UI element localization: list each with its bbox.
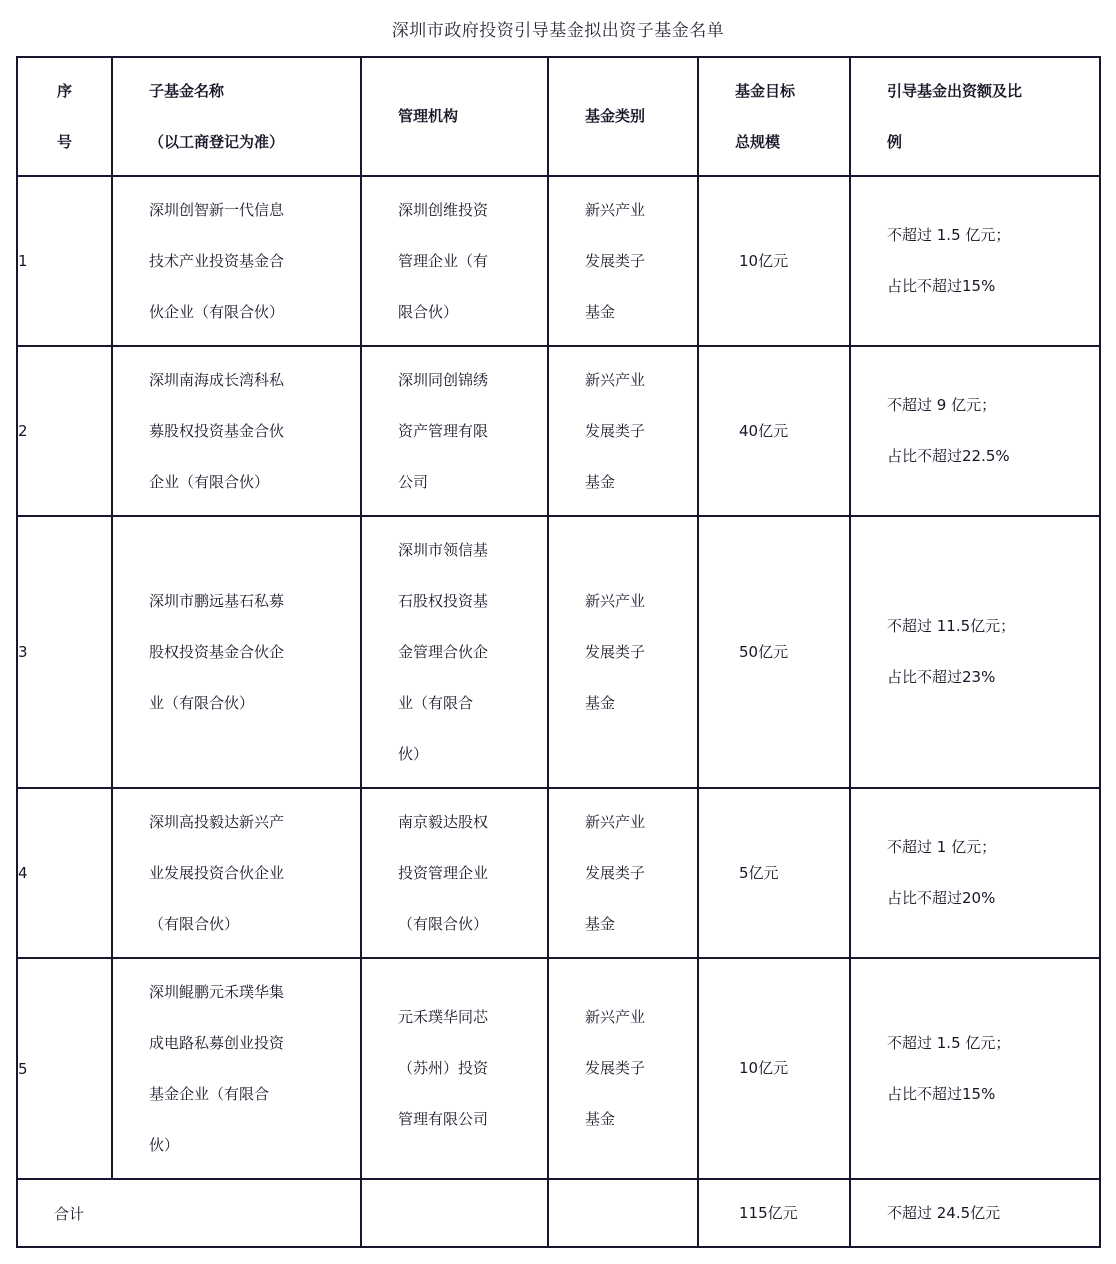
cell-manager: 深圳创维投资 管理企业（有 限合伙）	[361, 176, 548, 346]
cell-guide-contribution: 不超过 1.5 亿元； 占比不超过15%	[850, 176, 1100, 346]
cell-target-size: 5亿元	[698, 788, 850, 958]
cell-seq: 3	[17, 516, 112, 788]
cell-total-category	[548, 1179, 698, 1247]
text-line: （苏州）投资	[398, 1043, 539, 1094]
cell-seq: 1	[17, 176, 112, 346]
cell-fund-name: 深圳市鹏远基石私募 股权投资基金合伙企 业（有限合伙）	[112, 516, 361, 788]
cell-total-target-size: 115亿元	[698, 1179, 850, 1247]
header-text: 基金目标	[735, 66, 849, 117]
text-line: 40亿元	[699, 406, 849, 457]
text-line: 深圳创智新一代信息	[149, 185, 352, 236]
text-line: 占比不超过22.5%	[887, 431, 1091, 482]
text-line: 发展类子	[585, 848, 689, 899]
text-line: 深圳市领信基	[398, 525, 539, 576]
text-line: （有限合伙）	[398, 899, 539, 950]
text-line: 基金	[585, 899, 689, 950]
text-line: 占比不超过23%	[887, 652, 1091, 703]
text-line: 发展类子	[585, 1043, 689, 1094]
cell-total-guide-contribution: 不超过 24.5亿元	[850, 1179, 1100, 1247]
text-line: 合计	[18, 1203, 360, 1224]
text-line: 发展类子	[585, 406, 689, 457]
text-line: 管理有限公司	[398, 1094, 539, 1145]
header-guide-contribution: 引导基金出资额及比 例	[850, 57, 1100, 176]
text-line: 发展类子	[585, 627, 689, 678]
text-line: 企业（有限合伙）	[149, 457, 352, 508]
text-line: （有限合伙）	[149, 899, 352, 950]
cell-guide-contribution: 不超过 1.5 亿元； 占比不超过15%	[850, 958, 1100, 1179]
text-line: 深圳创维投资	[398, 185, 539, 236]
text-line: 占比不超过15%	[887, 261, 1091, 312]
header-text: 号	[18, 117, 111, 168]
header-text: 例	[887, 117, 1099, 168]
header-text: 管理机构	[398, 91, 547, 142]
text-line: 新兴产业	[585, 797, 689, 848]
cell-target-size: 10亿元	[698, 176, 850, 346]
cell-total-label: 合计	[17, 1179, 361, 1247]
text-line: 股权投资基金合伙企	[149, 627, 352, 678]
text-line: 石股权投资基	[398, 576, 539, 627]
cell-category: 新兴产业 发展类子 基金	[548, 788, 698, 958]
cell-seq: 5	[17, 958, 112, 1179]
text-line: 技术产业投资基金合	[149, 236, 352, 287]
text-line: 不超过 24.5亿元	[851, 1188, 1099, 1239]
cell-seq: 2	[17, 346, 112, 516]
text-line: 发展类子	[585, 236, 689, 287]
text-line: 伙）	[149, 1120, 352, 1171]
cell-category: 新兴产业 发展类子 基金	[548, 176, 698, 346]
header-manager: 管理机构	[361, 57, 548, 176]
cell-category: 新兴产业 发展类子 基金	[548, 346, 698, 516]
text-line: 管理企业（有	[398, 236, 539, 287]
table-row: 3 深圳市鹏远基石私募 股权投资基金合伙企 业（有限合伙） 深圳市领信基 石股权…	[17, 516, 1100, 788]
text-line: 不超过 11.5亿元；	[887, 601, 1091, 652]
table-row: 4 深圳高投毅达新兴产 业发展投资合伙企业 （有限合伙） 南京毅达股权 投资管理…	[17, 788, 1100, 958]
header-category: 基金类别	[548, 57, 698, 176]
cell-manager: 深圳市领信基 石股权投资基 金管理合伙企 业（有限合 伙）	[361, 516, 548, 788]
header-text: （以工商登记为准）	[149, 117, 360, 168]
text-line: 成电路私募创业投资	[149, 1018, 352, 1069]
document-title: 深圳市政府投资引导基金拟出资子基金名单	[0, 16, 1116, 41]
cell-fund-name: 深圳鲲鹏元禾璞华集 成电路私募创业投资 基金企业（有限合 伙）	[112, 958, 361, 1179]
text-line: 新兴产业	[585, 576, 689, 627]
text-line: 基金	[585, 678, 689, 729]
cell-seq: 4	[17, 788, 112, 958]
cell-fund-name: 深圳南海成长湾科私 募股权投资基金合伙 企业（有限合伙）	[112, 346, 361, 516]
text-line: 新兴产业	[585, 992, 689, 1043]
text-line: 基金	[585, 457, 689, 508]
text-line: 不超过 9 亿元；	[887, 380, 1091, 431]
table-row: 5 深圳鲲鹏元禾璞华集 成电路私募创业投资 基金企业（有限合 伙） 元禾璞华同芯…	[17, 958, 1100, 1179]
text-line: 深圳同创锦绣	[398, 355, 539, 406]
text-line: 不超过 1.5 亿元；	[887, 210, 1091, 261]
cell-manager: 深圳同创锦绣 资产管理有限 公司	[361, 346, 548, 516]
text-line: 南京毅达股权	[398, 797, 539, 848]
cell-fund-name: 深圳创智新一代信息 技术产业投资基金合 伙企业（有限合伙）	[112, 176, 361, 346]
cell-category: 新兴产业 发展类子 基金	[548, 516, 698, 788]
table-total-row: 合计 115亿元 不超过 24.5亿元	[17, 1179, 1100, 1247]
header-target-size: 基金目标 总规模	[698, 57, 850, 176]
text-line: 业（有限合伙）	[149, 678, 352, 729]
cell-manager: 元禾璞华同芯 （苏州）投资 管理有限公司	[361, 958, 548, 1179]
cell-fund-name: 深圳高投毅达新兴产 业发展投资合伙企业 （有限合伙）	[112, 788, 361, 958]
text-line: 公司	[398, 457, 539, 508]
text-line: 占比不超过15%	[887, 1069, 1091, 1120]
header-text: 基金类别	[585, 91, 697, 142]
text-line: 占比不超过20%	[887, 873, 1091, 924]
text-line: 元禾璞华同芯	[398, 992, 539, 1043]
text-line: 115亿元	[699, 1188, 849, 1239]
text-line: 伙企业（有限合伙）	[149, 287, 352, 338]
header-text: 引导基金出资额及比	[887, 66, 1099, 117]
text-line: 新兴产业	[585, 185, 689, 236]
text-line: 50亿元	[699, 627, 849, 678]
text-line: 业发展投资合伙企业	[149, 848, 352, 899]
text-line: 募股权投资基金合伙	[149, 406, 352, 457]
header-text: 序	[18, 66, 111, 117]
cell-guide-contribution: 不超过 11.5亿元； 占比不超过23%	[850, 516, 1100, 788]
text-line: 投资管理企业	[398, 848, 539, 899]
text-line: 金管理合伙企	[398, 627, 539, 678]
text-line: 10亿元	[699, 1043, 849, 1094]
cell-target-size: 40亿元	[698, 346, 850, 516]
text-line: 业（有限合	[398, 678, 539, 729]
text-line: 不超过 1.5 亿元；	[887, 1018, 1091, 1069]
header-seq: 序 号	[17, 57, 112, 176]
cell-target-size: 50亿元	[698, 516, 850, 788]
cell-target-size: 10亿元	[698, 958, 850, 1179]
cell-guide-contribution: 不超过 9 亿元； 占比不超过22.5%	[850, 346, 1100, 516]
text-line: 不超过 1 亿元；	[887, 822, 1091, 873]
cell-category: 新兴产业 发展类子 基金	[548, 958, 698, 1179]
text-line: 10亿元	[699, 236, 849, 287]
cell-manager: 南京毅达股权 投资管理企业 （有限合伙）	[361, 788, 548, 958]
text-line: 深圳南海成长湾科私	[149, 355, 352, 406]
text-line: 基金企业（有限合	[149, 1069, 352, 1120]
fund-list-table: 序 号 子基金名称 （以工商登记为准） 管理机构 基金类别 基金目标 总规模	[16, 56, 1101, 1248]
cell-total-manager	[361, 1179, 548, 1247]
text-line: 深圳市鹏远基石私募	[149, 576, 352, 627]
table-header-row: 序 号 子基金名称 （以工商登记为准） 管理机构 基金类别 基金目标 总规模	[17, 57, 1100, 176]
text-line: 新兴产业	[585, 355, 689, 406]
header-text: 子基金名称	[149, 66, 360, 117]
table-row: 2 深圳南海成长湾科私 募股权投资基金合伙 企业（有限合伙） 深圳同创锦绣 资产…	[17, 346, 1100, 516]
text-line: 伙）	[398, 729, 539, 780]
text-line: 5亿元	[699, 848, 849, 899]
header-text: 总规模	[735, 117, 849, 168]
text-line: 资产管理有限	[398, 406, 539, 457]
cell-guide-contribution: 不超过 1 亿元； 占比不超过20%	[850, 788, 1100, 958]
header-fund-name: 子基金名称 （以工商登记为准）	[112, 57, 361, 176]
text-line: 深圳鲲鹏元禾璞华集	[149, 967, 352, 1018]
text-line: 基金	[585, 287, 689, 338]
text-line: 深圳高投毅达新兴产	[149, 797, 352, 848]
text-line: 基金	[585, 1094, 689, 1145]
text-line: 限合伙）	[398, 287, 539, 338]
table-row: 1 深圳创智新一代信息 技术产业投资基金合 伙企业（有限合伙） 深圳创维投资 管…	[17, 176, 1100, 346]
